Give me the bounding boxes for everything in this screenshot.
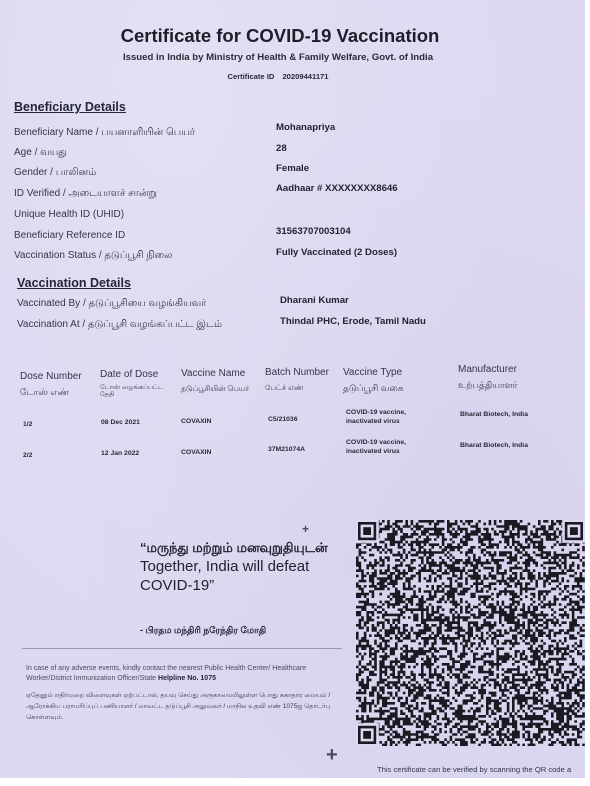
batch-number-cell: C5/21036 xyxy=(268,415,297,424)
beneficiary-name-label: Beneficiary Name / பயனாளியின் பெயர் xyxy=(14,127,195,139)
certificate-id: Certificate ID 20209441171 xyxy=(0,72,556,81)
certificate-id-value: 20209441171 xyxy=(282,72,328,81)
manufacturer-cell: Bharat Biotech, India xyxy=(460,410,528,419)
manufacturer-cell: Bharat Biotech, India xyxy=(460,441,528,450)
vaccine-type-cell: COVID-19 vaccine, inactivated virus xyxy=(346,408,426,426)
header-vaccine-name-en: Vaccine Name xyxy=(181,368,245,379)
gender-value: Female xyxy=(276,163,309,174)
divider xyxy=(22,648,342,649)
certificate-id-label: Certificate ID xyxy=(227,72,274,81)
header-dose-number: Dose Number டோஸ் எண் xyxy=(20,371,82,398)
dose-number-cell: 1/2 xyxy=(23,420,32,429)
registration-mark-icon: + xyxy=(302,522,309,536)
vaccination-section-title: Vaccination Details xyxy=(17,276,131,290)
quote-author: - பிரதம மந்திரி நரேந்திர மோதி xyxy=(140,625,266,637)
header-manufacturer-ta: உற்பத்தியாளர் xyxy=(458,379,517,391)
vaccination-status-value: Fully Vaccinated (2 Doses) xyxy=(276,247,397,258)
date-cell: 08 Dec 2021 xyxy=(101,418,140,427)
helpline-number: Helpline No. 1075 xyxy=(158,675,216,682)
gender-label: Gender / பாலினம் xyxy=(14,167,96,179)
quote-english: Together, India will defeat COVID-19” xyxy=(140,557,350,595)
adverse-events-advisory-tamil: ஏதேனும் எதிர்மறை விளைவுகள் ஏற்பட்டால், த… xyxy=(26,690,344,723)
vaccinated-by-label: Vaccinated By / தடுப்பூசியை வழங்கியவர் xyxy=(17,298,206,310)
uhid-label: Unique Health ID (UHID) xyxy=(14,209,124,220)
header-vaccine-name-ta: தடுப்பூசியின் பெயர் xyxy=(181,383,249,395)
certificate-page: Certificate for COVID-19 Vaccination Iss… xyxy=(0,0,585,778)
header-vaccine-type: Vaccine Type தடுப்பூசி வகை xyxy=(343,367,404,394)
reference-id-label: Beneficiary Reference ID xyxy=(14,230,125,241)
quote-tamil: “மருந்து மற்றும் மனவுறுதியுடன் xyxy=(140,541,350,555)
vaccine-name-cell: COVAXIN xyxy=(181,448,211,457)
vaccine-type-cell: COVID-19 vaccine, inactivated virus xyxy=(346,438,426,456)
header-manufacturer-en: Manufacturer xyxy=(458,364,517,375)
header-vaccine-type-ta: தடுப்பூசி வகை xyxy=(343,382,404,394)
batch-number-cell: 37M21074A xyxy=(268,445,305,454)
header-date-of-dose-en: Date of Dose xyxy=(100,369,158,380)
registration-mark-icon: + xyxy=(326,744,338,767)
dose-number-cell: 2/2 xyxy=(23,451,32,460)
reference-id-value: 31563707003104 xyxy=(276,226,351,237)
vaccinated-by-value: Dharani Kumar xyxy=(280,295,349,306)
header-date-of-dose: Date of Dose டோஸ் வழங்கப்பட்ட தேதி xyxy=(100,369,175,398)
date-cell: 12 Jan 2022 xyxy=(101,449,139,458)
header-batch-number: Batch Number பேட்ச் எண் xyxy=(265,367,329,394)
vaccination-status-label: Vaccination Status / தடுப்பூசி நிலை xyxy=(14,250,172,262)
certificate-title: Certificate for COVID-19 Vaccination xyxy=(0,25,560,47)
age-label: Age / வயது xyxy=(14,147,67,159)
header-manufacturer: Manufacturer உற்பத்தியாளர் xyxy=(458,364,517,391)
vaccine-name-cell: COVAXIN xyxy=(181,417,211,426)
vaccination-at-value: Thindal PHC, Erode, Tamil Nadu xyxy=(280,316,426,327)
header-date-of-dose-ta: டோஸ் வழங்கப்பட்ட தேதி xyxy=(100,384,175,398)
qr-verify-note: This certificate can be verified by scan… xyxy=(377,765,571,774)
beneficiary-name-value: Mohanapriya xyxy=(276,122,335,133)
header-vaccine-type-en: Vaccine Type xyxy=(343,367,402,378)
id-verified-value: Aadhaar # XXXXXXXX8646 xyxy=(276,183,398,194)
pm-quote: “மருந்து மற்றும் மனவுறுதியுடன் Together,… xyxy=(140,541,350,595)
vaccination-at-label: Vaccination At / தடுப்பூசி வழங்கப்பட்ட இ… xyxy=(17,319,222,331)
header-vaccine-name: Vaccine Name தடுப்பூசியின் பெயர் xyxy=(181,368,249,395)
issuer-subtitle: Issued in India by Ministry of Health & … xyxy=(0,52,556,63)
age-value: 28 xyxy=(276,143,287,154)
qr-code-icon xyxy=(356,520,585,746)
header-batch-number-en: Batch Number xyxy=(265,367,329,378)
header-dose-number-en: Dose Number xyxy=(20,371,82,382)
beneficiary-section-title: Beneficiary Details xyxy=(14,100,126,114)
id-verified-label: ID Verified / அடையாளச் சான்று xyxy=(14,188,157,200)
header-batch-number-ta: பேட்ச் எண் xyxy=(265,382,329,394)
adverse-events-advisory: In case of any adverse events, kindly co… xyxy=(26,664,341,684)
header-dose-number-ta: டோஸ் எண் xyxy=(20,386,82,398)
